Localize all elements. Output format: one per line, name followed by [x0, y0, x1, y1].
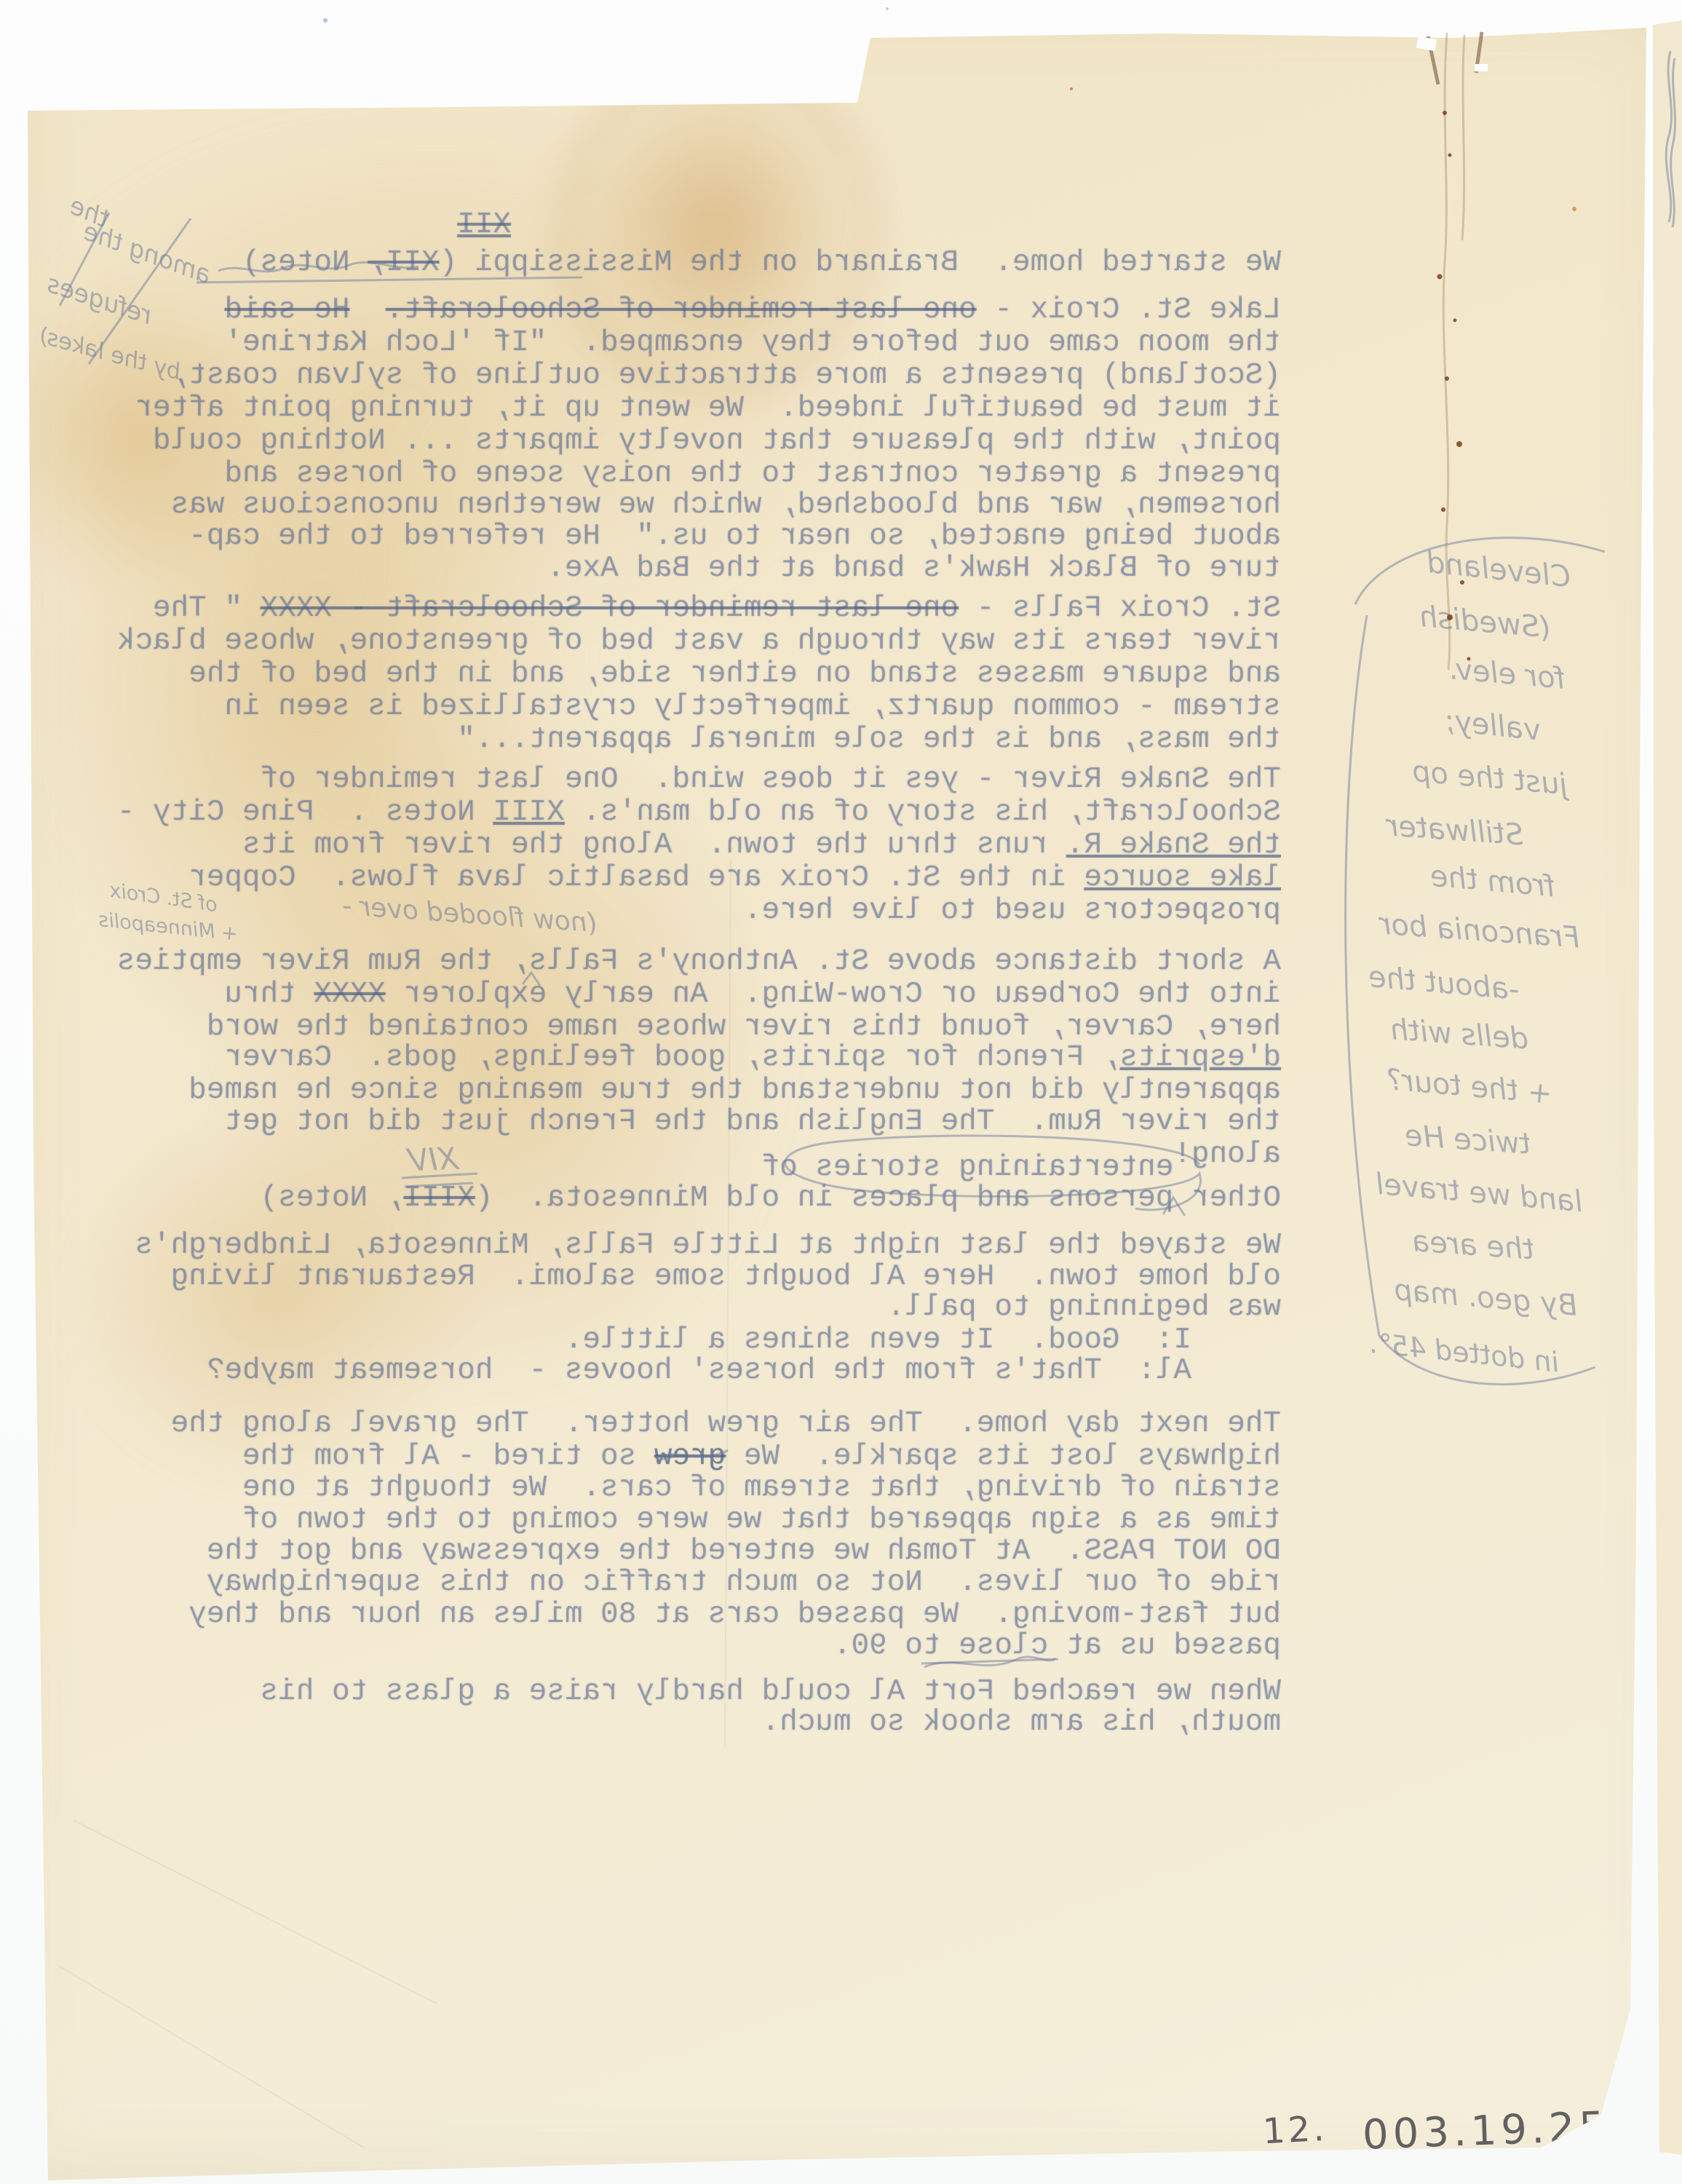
insert-circle: [785, 1136, 1201, 1210]
struck-fragment-line: [921, 1659, 1058, 1663]
foxing-speck: [1453, 319, 1457, 323]
foxing-speck: [1460, 580, 1464, 585]
foxing-speck: [1445, 376, 1449, 381]
grew-scribble: [655, 1450, 728, 1462]
margin-bracket-top: [1355, 538, 1605, 604]
sliver-script-squiggle-1: [1666, 51, 1671, 222]
falls-caret: [523, 973, 540, 986]
scanned-document-canvas: XIIWe started home. Brainard on the Miss…: [0, 0, 1682, 2184]
margin-bracket-bottom: [1379, 1336, 1595, 1385]
fold-line-diag-2: [58, 1966, 364, 2148]
margin-scribble-cross-2: [89, 218, 191, 364]
foxing-speck: [1070, 87, 1073, 90]
foxing-speck: [1448, 154, 1452, 157]
foxing-speck: [1437, 274, 1443, 280]
margin-bracket-left: [1346, 615, 1379, 1336]
crease-line-1: [1443, 33, 1449, 670]
fold-line-vertical: [725, 859, 731, 1747]
paper-tear-nick: [1475, 64, 1488, 71]
scanner-dust: [323, 18, 328, 23]
scanner-dust: [886, 7, 889, 10]
xiv-underline-1: [402, 1174, 477, 1178]
foxing-speck: [1456, 441, 1462, 447]
pencil-marks-and-damage-layer: [0, 0, 1682, 2184]
paper-tear-nick: [1416, 36, 1437, 51]
margin-scribble-cross-1: [60, 213, 109, 306]
pencil-strike-line: [197, 277, 582, 282]
fold-line-diag-1: [73, 1820, 437, 2003]
foxing-speck: [1572, 207, 1576, 211]
xiv-underline-2: [405, 1183, 473, 1187]
pencil-scribble: [218, 262, 418, 272]
foxing-speck: [1441, 507, 1445, 512]
foxing-speck: [1443, 111, 1447, 115]
crease-line-2: [1462, 35, 1464, 240]
foxing-speck: [1447, 614, 1453, 620]
foxing-speck: [1467, 657, 1471, 661]
